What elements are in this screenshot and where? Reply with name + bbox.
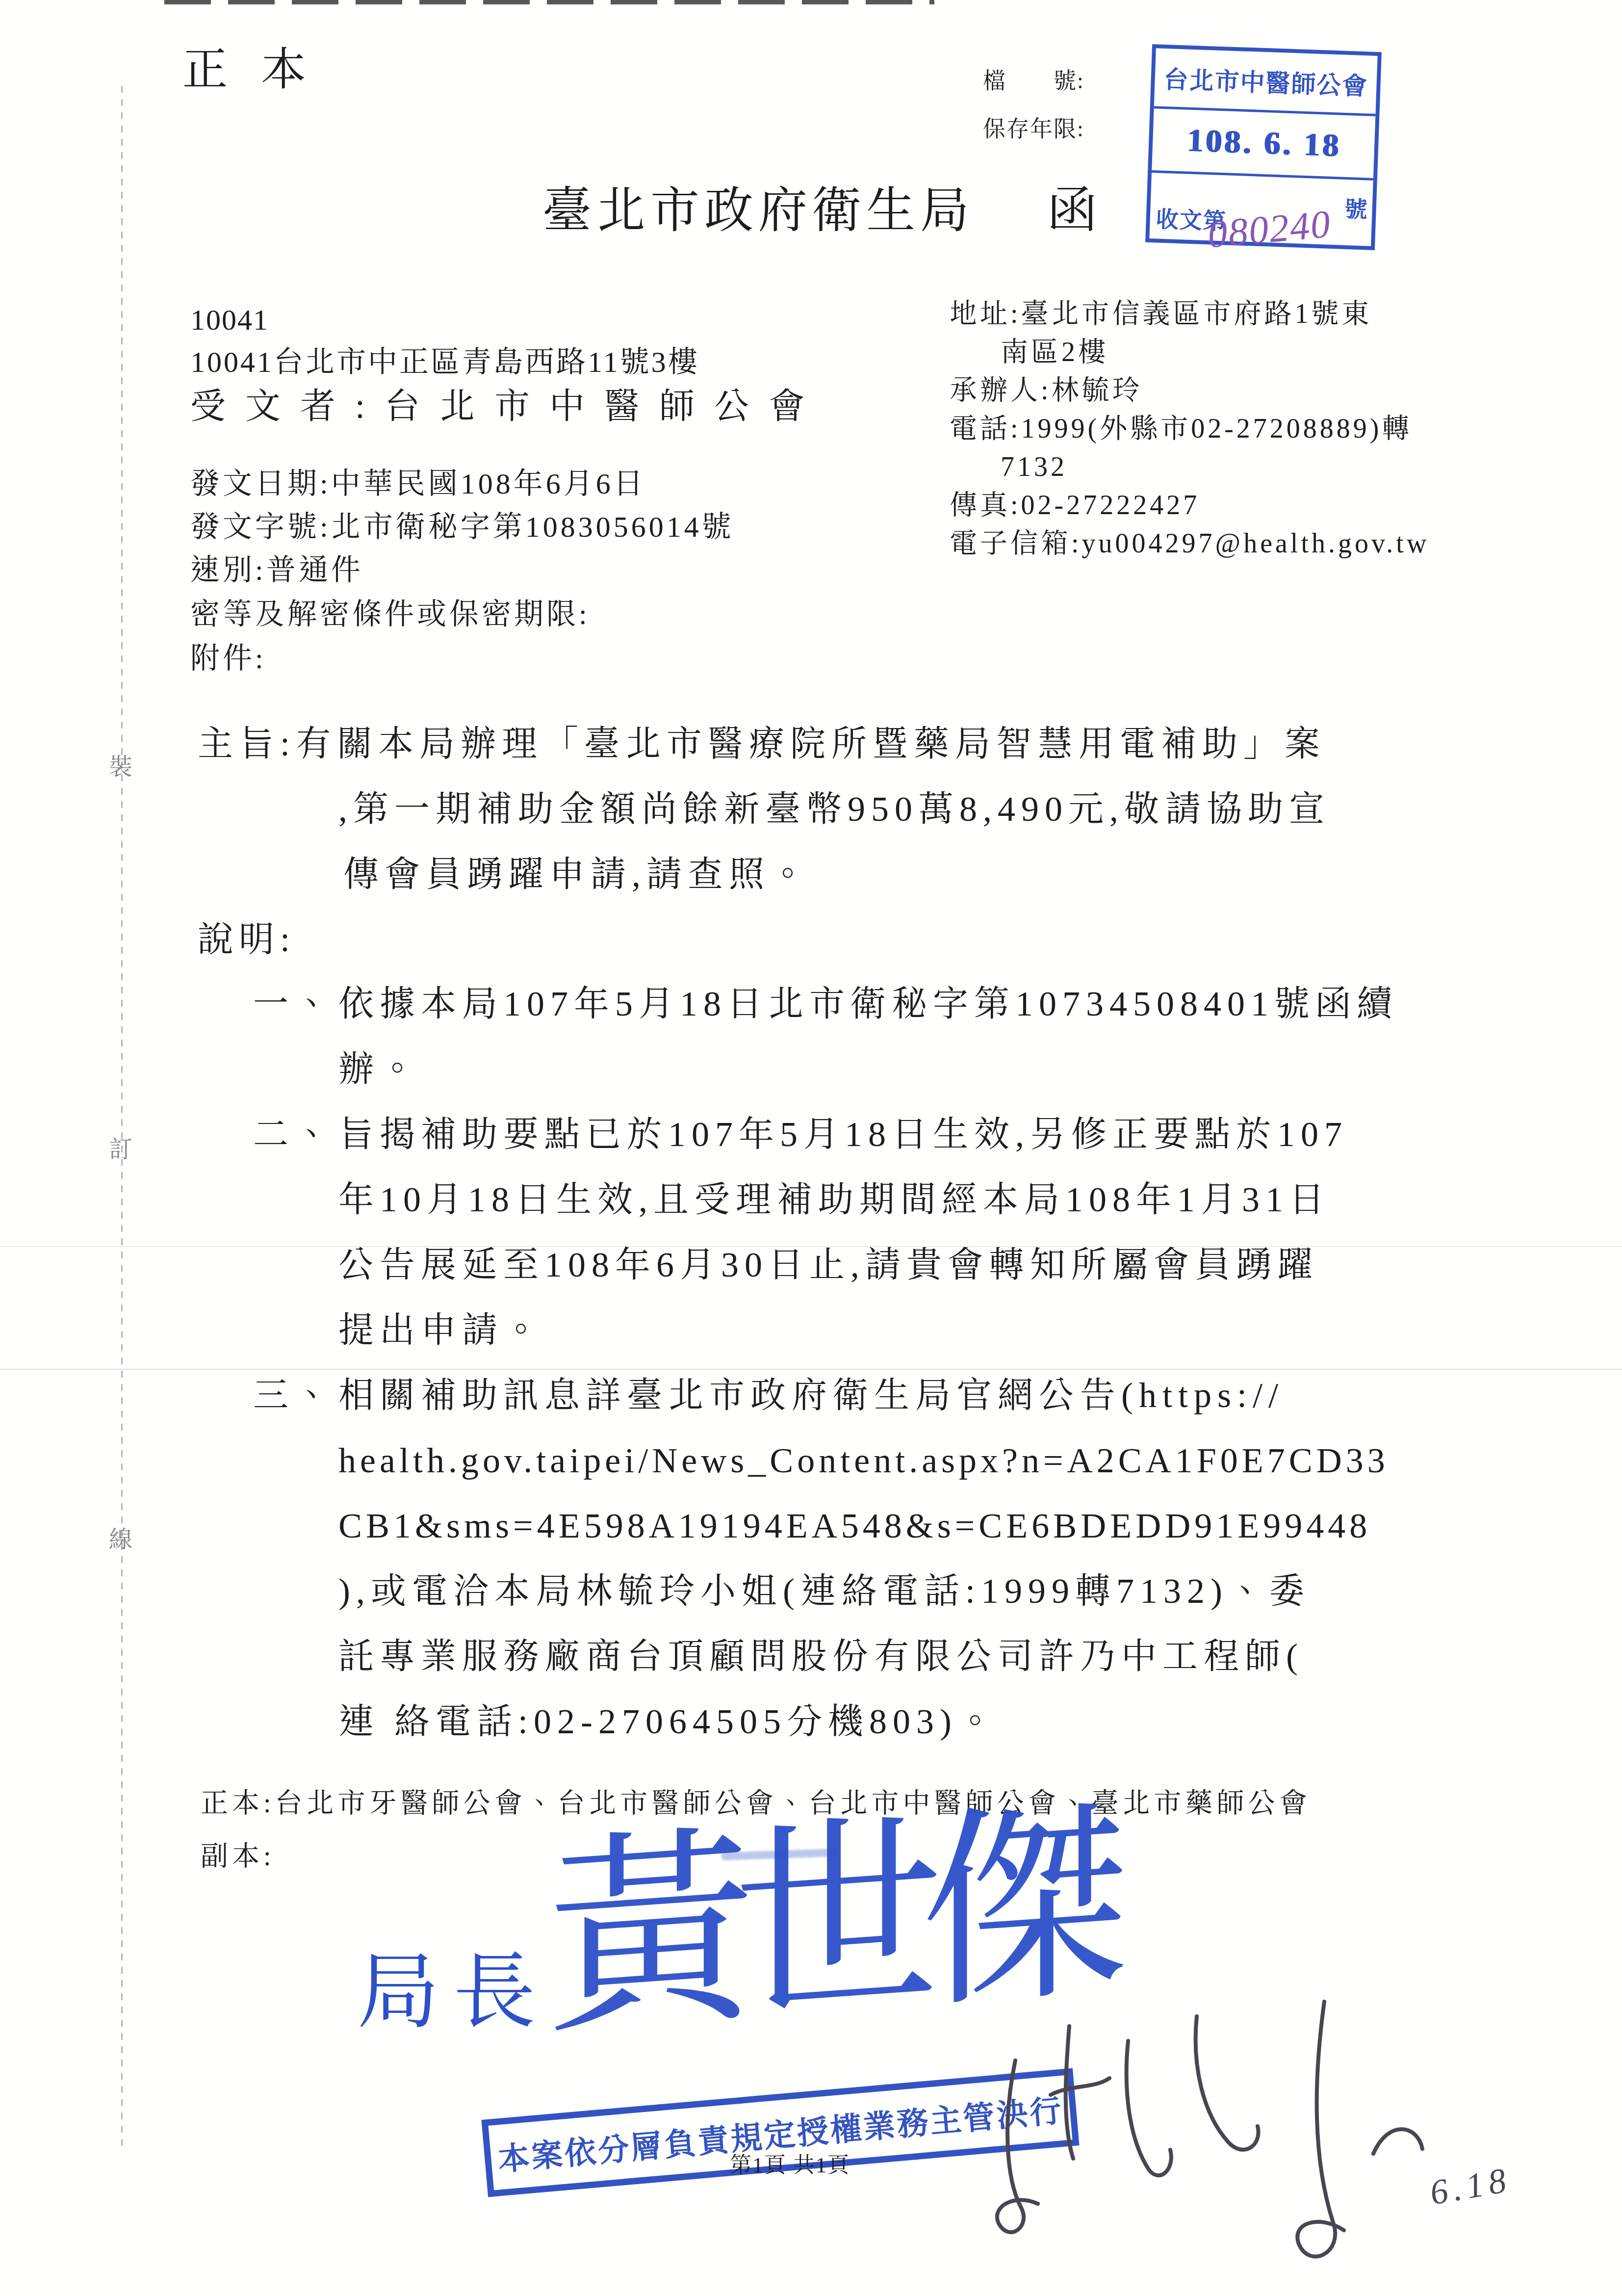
description-item-number: 一、	[253, 986, 335, 1021]
subject-line: 傳會員踴躍申請,請查照。	[343, 857, 811, 892]
binding-mark-xian: 線	[109, 1528, 132, 1552]
security-class-line: 密等及解密條件或保密期限:	[190, 600, 590, 629]
receipt-stamp-number-row: 收文第 080240 號	[1149, 173, 1373, 246]
description-item-line: 託專業服務廠商台頂顧問股份有限公司許乃中工程師(	[338, 1639, 1304, 1674]
receipt-stamp: 台北市中醫師公會 108. 6. 18 收文第 080240 號	[1145, 44, 1382, 250]
document-type: 函	[1048, 183, 1102, 238]
file-number-label: 檔 號:	[983, 70, 1084, 92]
scan-artifact-line	[164, 0, 934, 4]
handwritten-signature-scribble	[893, 1992, 1506, 2296]
signer-title-stamp: 局長	[357, 1952, 549, 2034]
description-item-url-line: CB1&sms=4E598A19194EA548&s=CE6BDEDD91E99…	[338, 1508, 1371, 1543]
subject-line: ,第一期補助金額尚餘新臺幣950萬8,490元,敬請協助宣	[338, 791, 1330, 827]
document-number-line: 發文字號:北市衛秘字第1083056014號	[190, 512, 734, 542]
description-item-line: 依據本局107年5月18日北市衛秘字第10734508401號函續	[338, 986, 1398, 1021]
retention-period-label: 保存年限:	[983, 118, 1084, 140]
contact-phone-line1: 電話:1999(外縣市02-27208889)轉	[950, 415, 1413, 443]
scanned-official-letter: 裝 訂 線 正本 檔 號: 保存年限: 台北市中醫師公會 108. 6. 18 …	[0, 0, 1622, 2296]
agency-name: 臺北市政府衛生局	[542, 183, 974, 238]
binding-margin-dashed-line	[121, 86, 123, 2151]
description-item-line: ),或電洽本局林毓玲小姐(連絡電話:1999轉7132)、委	[338, 1573, 1311, 1609]
subject-line: 主旨:有關本局辦理「臺北市醫療院所暨藥局智慧用電補助」案	[198, 726, 1326, 761]
recipient-line: 受文者:台北市中醫師公會	[190, 389, 824, 424]
binding-mark-ding: 訂	[109, 1138, 132, 1162]
description-item-line: 連 絡電話:02-27064505分機803)。	[338, 1704, 999, 1739]
page-number-footer: 第1頁 共1頁	[730, 2155, 850, 2176]
speed-class-line: 速別:普通件	[190, 555, 363, 585]
copy-type-label: 正本	[182, 47, 339, 92]
description-item-line: 相關補助訊息詳臺北市政府衛生局官網公告(https://	[338, 1378, 1284, 1413]
issue-date-line: 發文日期:中華民國108年6月6日	[190, 469, 646, 498]
description-heading: 說明:	[198, 922, 296, 957]
contact-address-line2: 南區2樓	[1001, 339, 1108, 366]
receipt-number-suffix: 號	[1344, 191, 1368, 225]
description-item-line: 公告展延至108年6月30日止,請貴會轉知所屬會員踴躍	[338, 1247, 1318, 1282]
receipt-stamp-date: 108. 6. 18	[1152, 108, 1375, 181]
scan-artifact-faint-line	[0, 1369, 1622, 1370]
description-item-number: 二、	[253, 1117, 335, 1152]
contact-email: 電子信箱:yu004297@health.gov.tw	[950, 530, 1429, 557]
description-item-line: 辦。	[338, 1051, 421, 1087]
contact-person: 承辦人:林毓玲	[950, 377, 1143, 404]
description-item-line: 提出申請。	[338, 1312, 544, 1348]
zip-code: 10041	[190, 305, 269, 335]
contact-fax: 傳真:02-27222427	[950, 492, 1200, 519]
description-item-line: 年10月18日生效,且受理補助期間經本局108年1月31日	[338, 1182, 1330, 1217]
carbon-copy-recipients: 副本:	[201, 1843, 275, 1870]
document-title: 臺北市政府衛生局函	[542, 186, 1102, 235]
contact-phone-line2: 7132	[1001, 453, 1067, 481]
contact-address-line1: 地址:臺北市信義區市府路1號東	[950, 300, 1372, 328]
receipt-stamp-org: 台北市中醫師公會	[1154, 48, 1378, 116]
attachment-line: 附件:	[190, 644, 266, 673]
binding-mark-zhuang: 裝	[109, 756, 132, 779]
recipient-address: 10041台北市中正區青島西路11號3樓	[190, 347, 699, 377]
description-item-number: 三、	[253, 1378, 335, 1413]
description-item-url-line: health.gov.taipei/News_Content.aspx?n=A2…	[338, 1443, 1389, 1478]
description-item-line: 旨揭補助要點已於107年5月18日生效,另修正要點於107	[338, 1117, 1348, 1152]
